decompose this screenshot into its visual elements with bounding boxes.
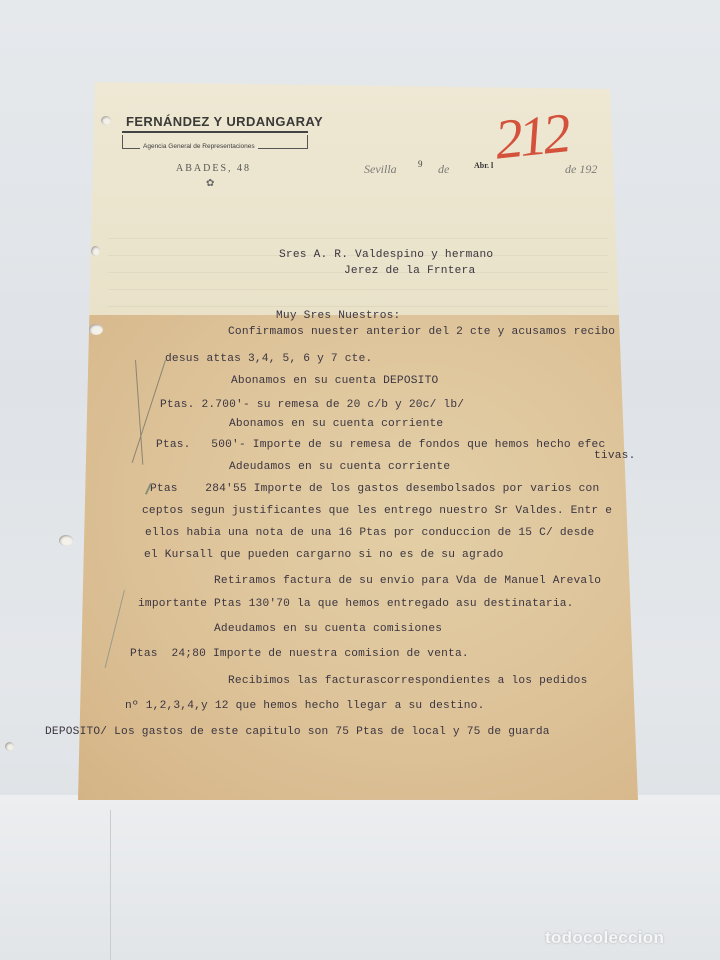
punch-hole-icon — [91, 246, 100, 256]
body-line: tivas. — [594, 450, 635, 462]
body-line: Abonamos en su cuenta corriente — [229, 418, 443, 430]
body-line: ellos habia una nota de una 16 Ptas por … — [145, 527, 594, 539]
body-line: DEPOSITO/ Los gastos de este capitulo so… — [45, 726, 550, 738]
date-day: 9 — [418, 159, 423, 169]
punch-hole-icon — [89, 324, 103, 335]
recipient-city: Jerez de la Frntera — [344, 265, 475, 277]
body-line: Abonamos en su cuenta DEPOSITO — [231, 375, 438, 387]
body-line: desus attas 3,4, 5, 6 y 7 cte. — [165, 353, 372, 365]
date-de: de — [438, 162, 449, 177]
body-line: el Kursall que pueden cargarno si no es … — [144, 549, 504, 561]
table-seam — [110, 810, 111, 960]
recipient-name: Sres A. R. Valdespino y hermano — [279, 249, 493, 261]
punch-hole-icon — [5, 742, 14, 751]
body-line: importante Ptas 130'70 la que hemos entr… — [138, 598, 574, 610]
handwritten-red-number-text: 212 — [492, 102, 570, 171]
body-line: Recibimos las facturascorrespondientes a… — [228, 675, 588, 687]
punch-hole-icon — [101, 116, 111, 125]
ornament-icon: ✿ — [206, 178, 214, 189]
body-line: Confirmamos nuester anterior del 2 cte y… — [228, 326, 615, 338]
body-line: Ptas 284'55 Importe de los gastos desemb… — [150, 483, 599, 495]
body-line: Ptas. 500'- Importe de su remesa de fond… — [156, 439, 605, 451]
company-name: FERNÁNDEZ Y URDANGARAY — [126, 114, 323, 129]
company-address: ABADES, 48 — [176, 163, 251, 174]
salutation: Muy Sres Nuestros: — [276, 310, 400, 322]
watermark-logo: todocoleccion — [545, 928, 664, 948]
punch-hole-icon — [59, 535, 73, 546]
body-line: Retiramos factura de su envio para Vda d… — [214, 575, 601, 587]
date-month: Abr. l — [474, 161, 493, 170]
letterhead-rule — [122, 131, 308, 133]
handwritten-red-number: 212 — [492, 101, 570, 172]
body-line: Ptas 24;80 Importe de nuestra comision d… — [130, 648, 469, 660]
body-line: ceptos segun justificantes que les entre… — [142, 505, 612, 517]
date-city: Sevilla — [364, 162, 397, 177]
body-line: Adeudamos en su cuenta corriente — [229, 461, 450, 473]
body-line: Adeudamos en su cuenta comisiones — [214, 623, 442, 635]
body-line: nº 1,2,3,4,y 12 que hemos hecho llegar a… — [125, 700, 485, 712]
body-line: Ptas. 2.700'- su remesa de 20 c/b y 20c/… — [160, 399, 464, 411]
company-subtitle: Agencia General de Representaciones — [140, 143, 258, 150]
